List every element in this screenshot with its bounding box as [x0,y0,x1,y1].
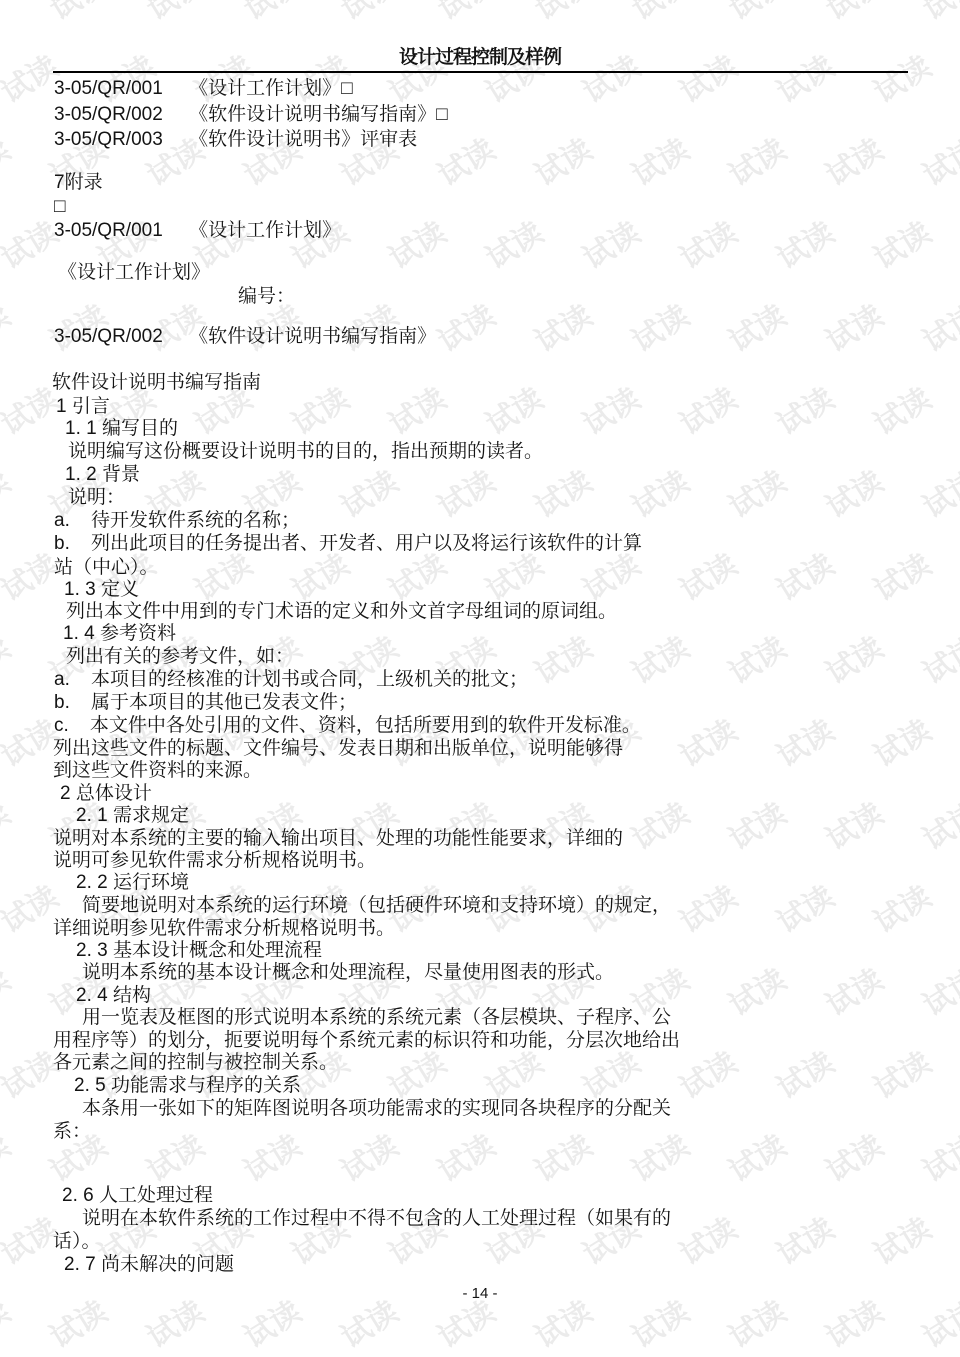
text-line: 话）。 [53,1230,101,1253]
text-line: a. 待开发软件系统的名称； [54,509,300,532]
text-line: a. 本项目的经核准的计划书或合同，上级机关的批文； [54,668,528,691]
text-line: 2 总体设计 [60,782,152,805]
text-line: 说明对本系统的主要的输入输出项目、处理的功能性能要求，详细的 [53,827,623,850]
text-line: 3-05/QR/001 《设计工作计划》□ [54,77,353,100]
text-line: 详细说明参见软件需求分析规格说明书。 [53,917,395,940]
page-number: - 14 - [0,1285,960,1303]
text-line: 3-05/QR/002 《软件设计说明书编写指南》□ [54,103,448,126]
text-line: 2. 1 需求规定 [76,804,189,827]
text-line: 站（中心）。 [54,556,159,579]
text-line: c. 本文件中各处引用的文件、资料，包括所要用到的软件开发标准。 [54,714,641,737]
text-line: 3-05/QR/001 《设计工作计划》 [54,219,341,242]
text-line: 用一览表及框图的形式说明本系统的系统元素（各层模块、子程序、公 [82,1006,671,1029]
text-line: 各元素之间的控制与被控制关系。 [53,1051,338,1074]
text-line: 说明本系统的基本设计概念和处理流程，尽量使用图表的形式。 [82,961,614,984]
text-line: 1. 4 参考资料 [63,622,176,645]
text-line: b. 列出此项目的任务提出者、开发者、用户以及将运行该软件的计算 [54,532,642,555]
header-rule [53,71,908,73]
text-line: 说明编写这份概要设计说明书的目的，指出预期的读者。 [68,440,543,463]
text-line: 说明可参见软件需求分析规格说明书。 [53,849,376,872]
text-line: □ [54,195,65,218]
text-line: 2. 3 基本设计概念和处理流程 [76,939,322,962]
text-line: 1 引言 [56,395,110,418]
text-line: b. 属于本项目的其他已发表文件； [54,691,357,714]
text-line: 说明在本软件系统的工作过程中不得不包含的人工处理过程（如果有的 [82,1207,671,1230]
text-line: 2. 4 结构 [76,984,151,1007]
text-line: 说明： [68,486,125,509]
text-line: 2. 2 运行环境 [76,871,189,894]
text-line: 1. 2 背景 [65,463,140,486]
text-line: 简要地说明对本系统的运行环境（包括硬件环境和支持环境）的规定， [82,894,671,917]
document-page: 试读试读试读试读试读试读试读试读试读试读试读试读试读试读试读试读试读试读试读试读… [0,0,960,1357]
text-line: 软件设计说明书编写指南 [52,371,261,394]
text-line: 本条用一张如下的矩阵图说明各项功能需求的实现同各块程序的分配关 [82,1097,671,1120]
text-line: 列出这些文件的标题、文件编号、发表日期和出版单位，说明能够得 [53,737,623,760]
text-line: 1. 3 定义 [64,578,139,601]
text-line: 编号： [238,285,295,308]
text-line: 2. 7 尚未解决的问题 [64,1253,234,1276]
text-line: 到这些文件资料的来源。 [53,759,262,782]
text-line: 2. 5 功能需求与程序的关系 [74,1074,301,1097]
text-line: 3-05/QR/002 《软件设计说明书编写指南》 [54,325,436,348]
page-header-title: 设计过程控制及样例 [0,46,960,70]
text-line: 7附录 [54,171,103,194]
document-content: 设计过程控制及样例 3-05/QR/001 《设计工作计划》□3-05/QR/0… [0,0,960,1357]
text-line: 1. 1 编写目的 [65,417,178,440]
text-line: 2. 6 人工处理过程 [62,1184,213,1207]
text-line: 系： [53,1120,91,1143]
text-line: 列出有关的参考文件，如： [66,645,294,668]
text-line: 《设计工作计划》 [58,261,210,284]
text-line: 3-05/QR/003 《软件设计说明书》评审表 [54,128,417,151]
text-line: 用程序等）的划分，扼要说明每个系统元素的标识符和功能，分层次地给出 [53,1029,680,1052]
text-line: 列出本文件中用到的专门术语的定义和外文首字母组词的原词组。 [66,600,617,623]
